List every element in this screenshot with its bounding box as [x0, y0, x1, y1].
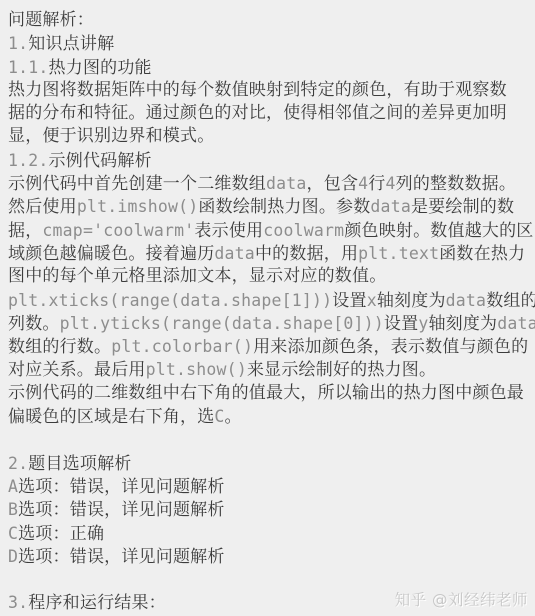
text-line: 然后使用plt.imshow()函数绘制热力图。参数data是要绘制的数: [8, 195, 530, 218]
code-run: plt.text: [358, 244, 439, 263]
code-run: B: [8, 500, 18, 519]
text-run: 颜色映射。数值越大的区: [344, 221, 533, 241]
text-run: 函数绘制热力图。参数: [198, 197, 370, 217]
text-run: 选项：错误，详见问题解析: [18, 477, 224, 497]
text-run: 数组的行数。: [8, 337, 111, 357]
code-run: data: [446, 291, 487, 310]
text-run: 用来添加颜色条，表示数值与颜色的: [253, 337, 528, 357]
text-run: 据的分布和特征。通过颜色的对比，使得相邻值之间的差异更加明: [8, 103, 507, 123]
text-run: ，包含: [307, 174, 359, 194]
text-run: 知识点讲解: [28, 34, 114, 54]
text-line: A选项：错误，详见问题解析: [8, 475, 530, 498]
text-line: B选项：错误，详见问题解析: [8, 498, 530, 521]
code-run: 3.: [8, 593, 28, 612]
code-run: data: [266, 174, 307, 193]
text-run: 域颜色越偏暖色。接着遍历: [8, 244, 214, 264]
text-line: 据的分布和特征。通过颜色的对比，使得相邻值之间的差异更加明: [8, 102, 530, 125]
text-line: 数组的行数。plt.colorbar()用来添加颜色条，表示数值与颜色的: [8, 335, 530, 358]
text-line: 1.1.热力图的功能: [8, 56, 530, 79]
text-line: 显，便于识别边界和模式。: [8, 125, 530, 148]
text-run: 设置: [384, 314, 418, 334]
text-run: 是要绘制的数: [411, 197, 514, 217]
text-run: 表示使用: [194, 221, 263, 241]
text-line: 1.知识点讲解: [8, 32, 530, 55]
code-run: x: [367, 291, 377, 310]
code-run: data: [214, 244, 255, 263]
text-run: 设置: [332, 291, 366, 311]
text-run: 轴刻度为: [428, 314, 497, 334]
text-run: 函数在热力: [439, 244, 525, 264]
text-line: 偏暖色的区域是右下角，选C。: [8, 405, 530, 428]
code-run: 1.: [8, 34, 28, 53]
text-line: 示例代码中首先创建一个二维数组data，包含4行4列的整数数据。: [8, 172, 530, 195]
code-run: plt.yticks(range(data.shape[0])): [60, 314, 384, 333]
text-run: 程序和运行结果：: [28, 593, 166, 613]
text-run: 列数。: [8, 314, 60, 334]
text-run: 选项：正确: [18, 524, 104, 544]
text-run: 题目选项解析: [28, 454, 131, 474]
code-run: 2.: [8, 454, 28, 473]
text-line: C选项：正确: [8, 522, 530, 545]
code-run: cmap='coolwarm': [42, 221, 194, 240]
code-run: 4: [358, 174, 368, 193]
code-run: plt.show(): [146, 360, 247, 379]
text-run: 选项：错误，详见问题解析: [18, 547, 224, 567]
text-run: 据，: [8, 221, 42, 241]
text-run: 对应关系。最后用: [8, 360, 146, 380]
code-run: 1.1.: [8, 58, 49, 77]
code-run: coolwarm: [263, 221, 344, 240]
text-run: 。: [225, 407, 242, 427]
code-run: C: [8, 524, 18, 543]
code-run: plt.xticks(range(data.shape[1])): [8, 291, 332, 310]
code-run: plt.imshow(): [77, 197, 199, 216]
text-run: 图中的每个单元格里添加文本，显示对应的数值。: [8, 266, 386, 286]
text-line: 2.题目选项解析: [8, 452, 530, 475]
code-run: D: [8, 547, 18, 566]
code-run: plt.colorbar(): [111, 337, 253, 356]
code-run: data: [497, 314, 535, 333]
code-run: y: [418, 314, 428, 333]
text-line: plt.xticks(range(data.shape[1]))设置x轴刻度为d…: [8, 289, 530, 312]
text-line: 据，cmap='coolwarm'表示使用coolwarm颜色映射。数值越大的区: [8, 219, 530, 242]
code-run: C: [214, 407, 224, 426]
text-run: 选项：错误，详见问题解析: [18, 500, 224, 520]
text-line: 图中的每个单元格里添加文本，显示对应的数值。: [8, 265, 530, 288]
text-line: 1.2.示例代码解析: [8, 149, 530, 172]
text-line: 问题解析：: [8, 9, 530, 32]
text-run: 热力图的功能: [49, 58, 152, 78]
text-run: 来显示绘制好的热力图。: [247, 360, 436, 380]
code-run: A: [8, 477, 18, 496]
text-run: 示例代码中首先创建一个二维数组: [8, 174, 266, 194]
text-line: 域颜色越偏暖色。接着遍历data中的数据，用plt.text函数在热力: [8, 242, 530, 265]
blank-line: [8, 428, 530, 451]
text-run: 热力图将数据矩阵中的每个数值映射到特定的颜色，有助于观察数: [8, 80, 507, 100]
code-run: 4: [386, 174, 396, 193]
text-run: 中的数据，用: [255, 244, 358, 264]
zhihu-watermark: 知乎 @刘经纬老师: [395, 588, 528, 610]
text-run: 数组的: [486, 291, 535, 311]
text-run: 然后使用: [8, 197, 77, 217]
text-line: D选项：错误，详见问题解析: [8, 545, 530, 568]
text-run: 示例代码的二维数组中右下角的值最大，所以输出的热力图中颜色最: [8, 383, 524, 403]
text-line: 热力图将数据矩阵中的每个数值映射到特定的颜色，有助于观察数: [8, 79, 530, 102]
text-run: 显，便于识别边界和模式。: [8, 126, 214, 146]
text-line: 列数。plt.yticks(range(data.shape[0]))设置y轴刻…: [8, 312, 530, 335]
text-run: 行: [368, 174, 385, 194]
text-line: 示例代码的二维数组中右下角的值最大，所以输出的热力图中颜色最: [8, 382, 530, 405]
text-run: 列的整数数据。: [396, 174, 516, 194]
analysis-text: 问题解析：1.知识点讲解1.1.热力图的功能热力图将数据矩阵中的每个数值映射到特…: [8, 9, 530, 615]
text-line: 对应关系。最后用plt.show()来显示绘制好的热力图。: [8, 358, 530, 381]
code-run: 1.2.: [8, 151, 49, 170]
text-run: 偏暖色的区域是右下角，选: [8, 407, 214, 427]
text-run: 示例代码解析: [49, 151, 152, 171]
text-run: 问题解析：: [8, 10, 94, 30]
text-run: 轴刻度为: [377, 291, 446, 311]
code-run: data: [370, 197, 411, 216]
